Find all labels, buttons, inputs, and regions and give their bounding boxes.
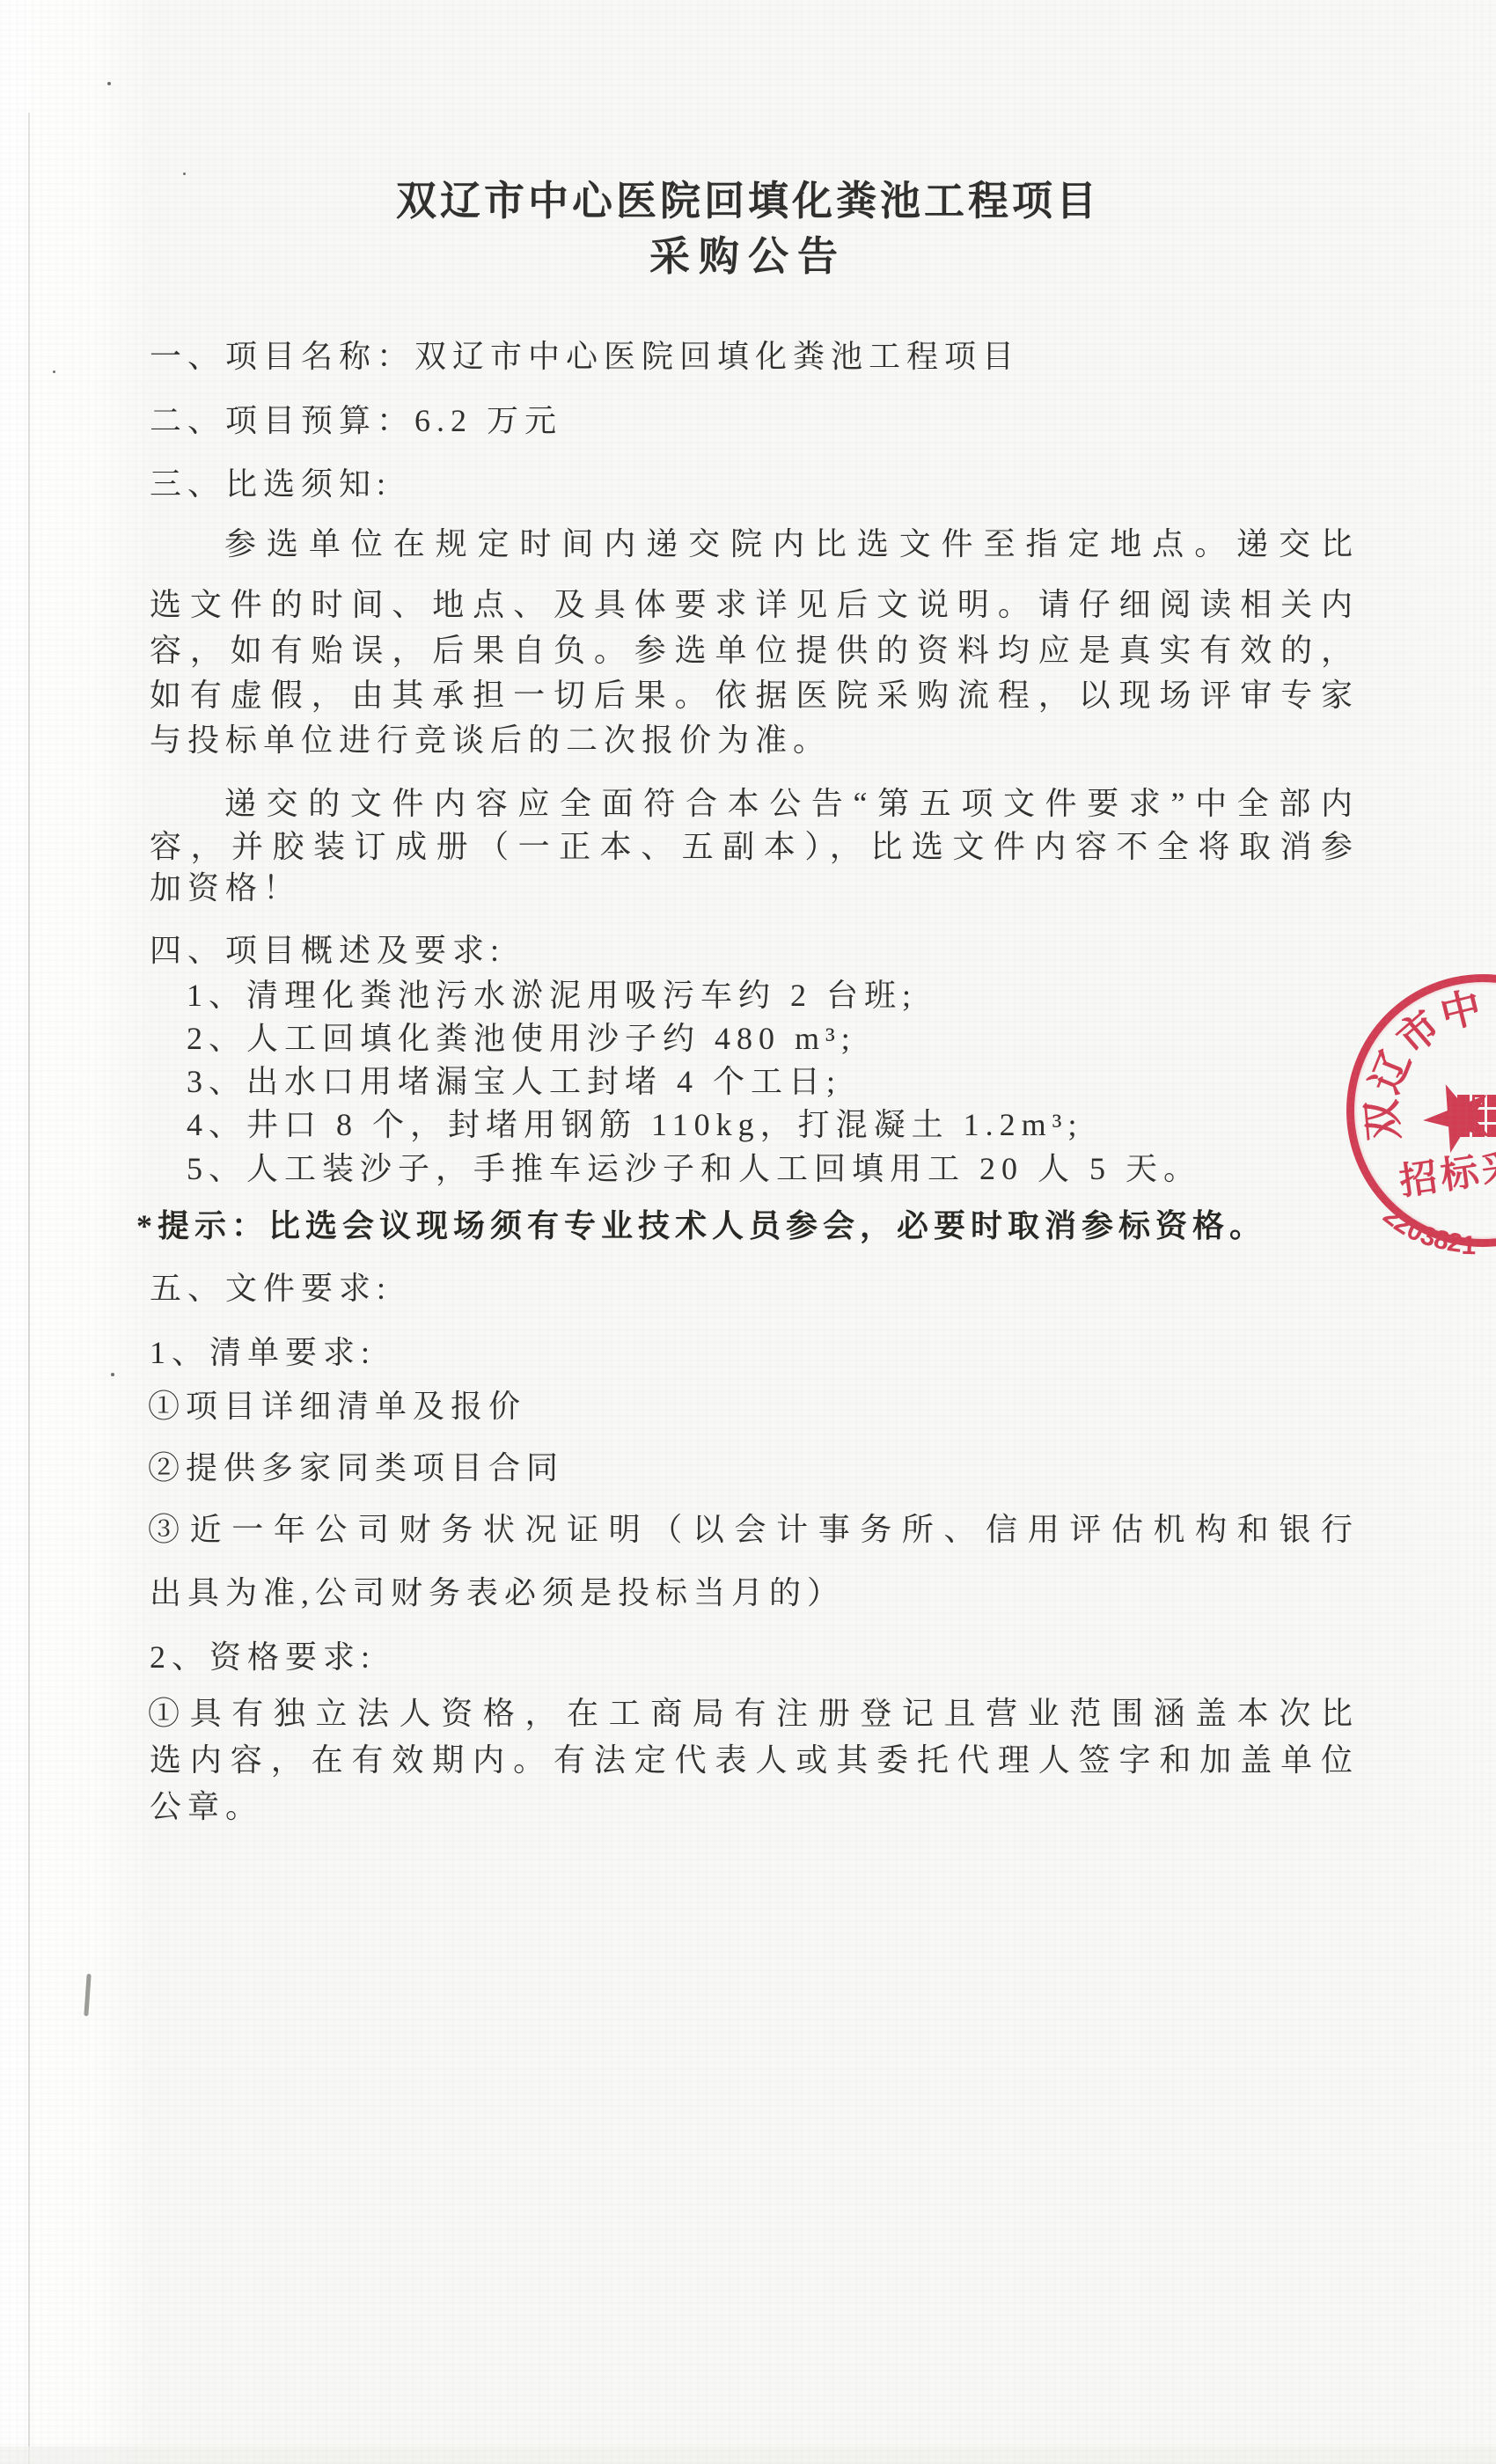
doc-line: 递交的文件内容应全面符合本公告“第五项文件要求”中全部内: [224, 784, 1357, 825]
doc-line: 出具为准,公司财务表必须是投标当月的）: [150, 1573, 845, 1612]
scanned-document: { "document": { "title_line1": "双辽市中心医院回…: [0, 0, 1496, 2464]
doc-list-item: 3、出水口用堵漏宝人工封堵 4 个工日;: [187, 1062, 841, 1101]
doc-line: ③近一年公司财务状况证明（以会计事务所、信用评估机构和银行: [148, 1510, 1357, 1551]
doc-line: 如有虚假，由其承担一切后果。依据医院采购流程，以现场评审专家: [150, 676, 1357, 716]
doc-line: 参选单位在规定时间内递交院内比选文件至指定地点。递交比: [224, 524, 1357, 565]
doc-line: 公章。: [150, 1787, 263, 1826]
doc-line: 五、文件要求:: [150, 1269, 392, 1308]
seal-qr-code-icon: [1457, 1095, 1496, 1137]
doc-line: 2、资格要求:: [150, 1638, 376, 1676]
doc-line: 容，如有贻误，后果自负。参选单位提供的资料均应是真实有效的，: [150, 631, 1357, 671]
doc-line: 加资格！: [150, 869, 301, 907]
doc-line: 一、项目名称：双辽市中心医院回填化粪池工程项目: [150, 337, 1020, 376]
doc-line: ①项目详细清单及报价: [148, 1387, 526, 1426]
doc-line: 容，并胶装订成册（一正本、五副本），比选文件内容不全将取消参: [150, 827, 1357, 868]
scan-bottom-shade: [0, 2446, 1496, 2464]
official-seal: ★ 招标采购 双 辽 市 中 2 2 0 3 8 2 1: [1320, 959, 1496, 1276]
scan-speck: [183, 172, 186, 175]
scan-speck: [111, 1373, 114, 1376]
doc-line: 三、比选须知:: [150, 465, 392, 503]
doc-list-item: 4、井口 8 个，封堵用钢筋 110kg，打混凝土 1.2m³;: [187, 1105, 1082, 1144]
doc-notice-line: *提示：比选会议现场须有专业技术人员参会，必要时取消参标资格。: [136, 1206, 1266, 1245]
pen-mark: [84, 1974, 91, 2016]
doc-line: ②提供多家同类项目合同: [148, 1448, 564, 1487]
doc-list-item: 2、人工回填化粪池使用沙子约 480 m³;: [187, 1019, 856, 1058]
doc-line: 选内容，在有效期内。有法定代表人或其委托代理人签字和加盖单位: [150, 1741, 1357, 1781]
doc-list-item: 5、人工装沙子，手推车运沙子和人工回填用工 20 人 5 天。: [187, 1149, 1201, 1188]
scan-speck: [107, 82, 111, 85]
doc-line: ①具有独立法人资格，在工商局有注册登记且营业范围涵盖本次比: [148, 1694, 1357, 1734]
doc-line: 1、清单要求:: [150, 1333, 376, 1372]
doc-title: 双辽市中心医院回填化粪池工程项目: [0, 179, 1496, 224]
doc-line: 四、项目概述及要求:: [150, 931, 505, 970]
doc-subtitle: 采购公告: [0, 234, 1496, 280]
doc-line: 二、项目预算：6.2 万元: [150, 401, 562, 440]
scan-speck: [53, 370, 55, 373]
doc-line: 与投标单位进行竞谈后的二次报价为准。: [150, 721, 831, 759]
scan-page-edge-line: [28, 113, 30, 2464]
doc-list-item: 1、清理化粪池污水淤泥用吸污车约 2 台班;: [187, 976, 917, 1015]
doc-line: 选文件的时间、地点、及具体要求详见后文说明。请仔细阅读相关内: [150, 585, 1357, 626]
